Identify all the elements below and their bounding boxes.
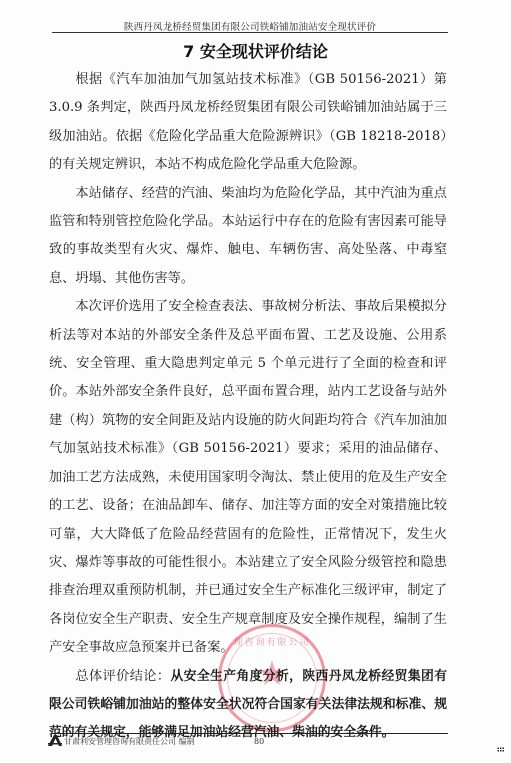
grid-dots-icon	[497, 747, 505, 752]
footer-organization: 甘肃利安管理咨询有限责任公司 编制	[64, 736, 195, 747]
paragraph-classification: 根据《汽车加油加气加氢站技术标准》（GB 50156-2021）第 3.0.9 …	[49, 66, 447, 180]
header-divider	[52, 32, 448, 33]
paragraph-evaluation: 本次评价选用了安全检查表法、事故树分析法、事故后果模拟分析法等对本站的外部安全条…	[49, 293, 447, 662]
document-page: 陕西丹凤龙桥经贸集团有限公司铁峪铺加油站安全现状评价 7 安全现状评价结论 理咨…	[0, 0, 511, 763]
paragraph-conclusion: 总体评价结论：从安全生产角度分析，陕西丹凤龙桥经贸集团有限公司铁峪铺加油站的整体…	[49, 663, 447, 748]
section-title: 7 安全现状评价结论	[0, 39, 511, 62]
conclusion-label: 总体评价结论：	[75, 669, 170, 684]
page-number: 80	[254, 737, 264, 746]
paragraph-hazards: 本站储存、经营的汽油、柴油均为危险化学品，其中汽油为重点监管和特别管控危险化学品…	[49, 180, 447, 294]
company-logo-icon	[48, 735, 62, 746]
running-header: 陕西丹凤龙桥经贸集团有限公司铁峪铺加油站安全现状评价	[52, 19, 448, 33]
document-body: 根据《汽车加油加气加氢站技术标准》（GB 50156-2021）第 3.0.9 …	[49, 66, 447, 748]
footer-divider	[52, 733, 448, 734]
